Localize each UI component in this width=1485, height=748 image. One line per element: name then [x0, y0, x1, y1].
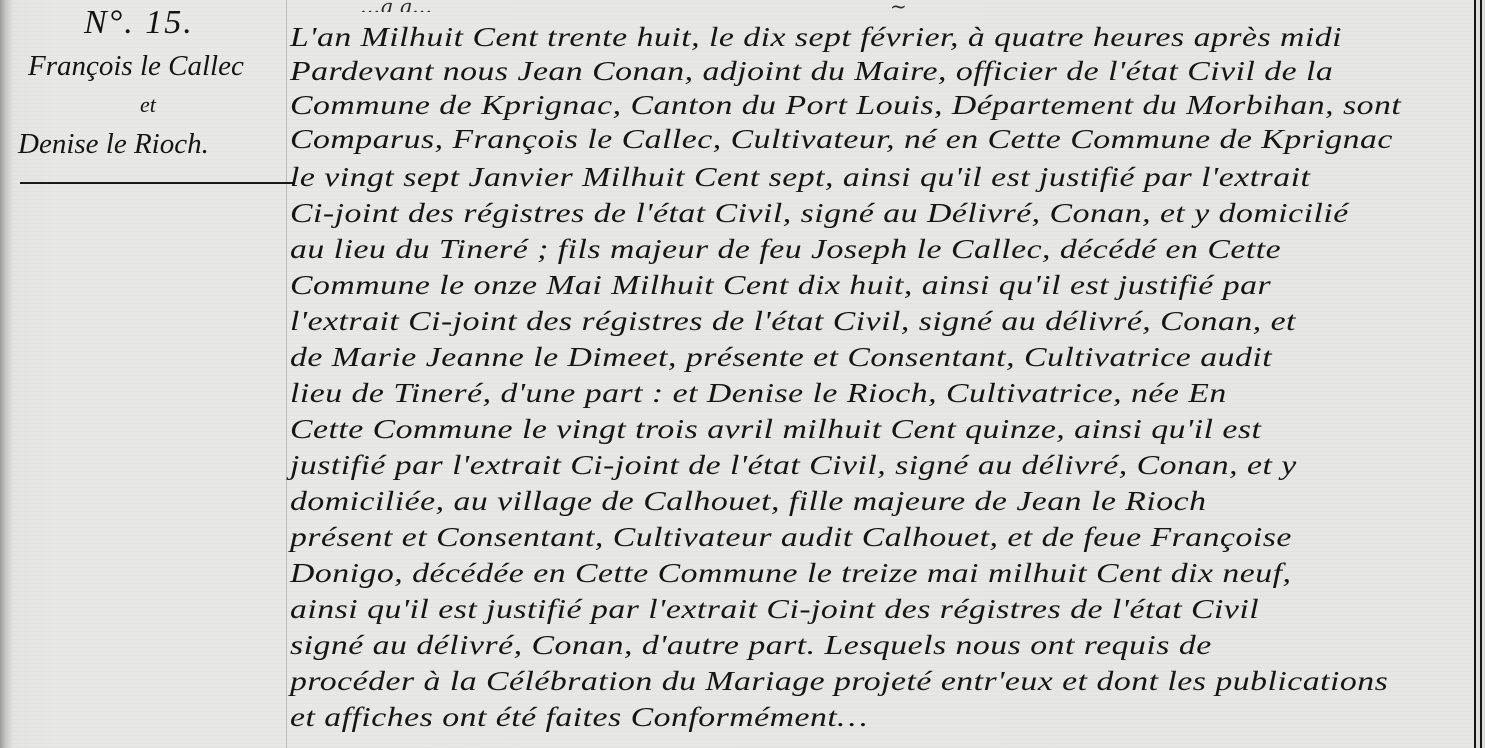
body-line: l'extrait Ci-joint des régistres de l'ét…	[290, 306, 1296, 337]
body-line: au lieu du Tineré ; fils majeur de feu J…	[290, 234, 1281, 265]
binding-edge	[0, 0, 12, 748]
body-line: Commune le onze Mai Milhuit Cent dix hui…	[290, 270, 1271, 301]
body-line: le vingt sept Janvier Milhuit Cent sept,…	[290, 162, 1310, 193]
body-line: procéder à la Célébration du Mariage pro…	[290, 666, 1388, 697]
margin-underline	[20, 182, 294, 184]
groom-name: François le Callec	[28, 50, 244, 83]
body-line: de Marie Jeanne le Dimeet, présente et C…	[290, 342, 1272, 373]
document-scan: …g g… ~ N°. 15. François le Callec et De…	[0, 0, 1485, 748]
body-line: Comparus, François le Callec, Cultivateu…	[290, 124, 1393, 155]
body-line: Cette Commune le vingt trois avril milhu…	[290, 414, 1261, 445]
body-line: Commune de Kprignac, Canton du Port Loui…	[290, 90, 1401, 121]
top-fragment-flourish: ~	[890, 0, 907, 12]
body-line: domiciliée, au village de Calhouet, fill…	[290, 486, 1206, 517]
body-line: signé au délivré, Conan, d'autre part. L…	[290, 630, 1212, 661]
body-line: lieu de Tineré, d'une part : et Denise l…	[290, 378, 1227, 409]
body-line: ainsi qu'il est justifié par l'extrait C…	[290, 594, 1259, 625]
body-line: et affiches ont été faites Conformément…	[290, 702, 868, 733]
margin-divider	[286, 0, 287, 748]
conjunction: et	[140, 92, 156, 118]
body-line: présent et Consentant, Cultivateur audit…	[290, 522, 1292, 553]
body-line: L'an Milhuit Cent trente huit, le dix se…	[290, 22, 1342, 53]
body-line: Donigo, décédée en Cette Commune le trei…	[290, 558, 1291, 589]
act-number: N°. 15.	[84, 4, 194, 42]
body-line: justifié par l'extrait Ci-joint de l'éta…	[290, 450, 1297, 481]
body-line: Ci-joint des régistres de l'état Civil, …	[290, 198, 1349, 229]
bride-name: Denise le Rioch.	[18, 128, 209, 161]
page-border-double-line	[1474, 0, 1485, 748]
body-line: Pardevant nous Jean Conan, adjoint du Ma…	[290, 56, 1333, 87]
top-fragment-text: …g g…	[360, 0, 432, 12]
